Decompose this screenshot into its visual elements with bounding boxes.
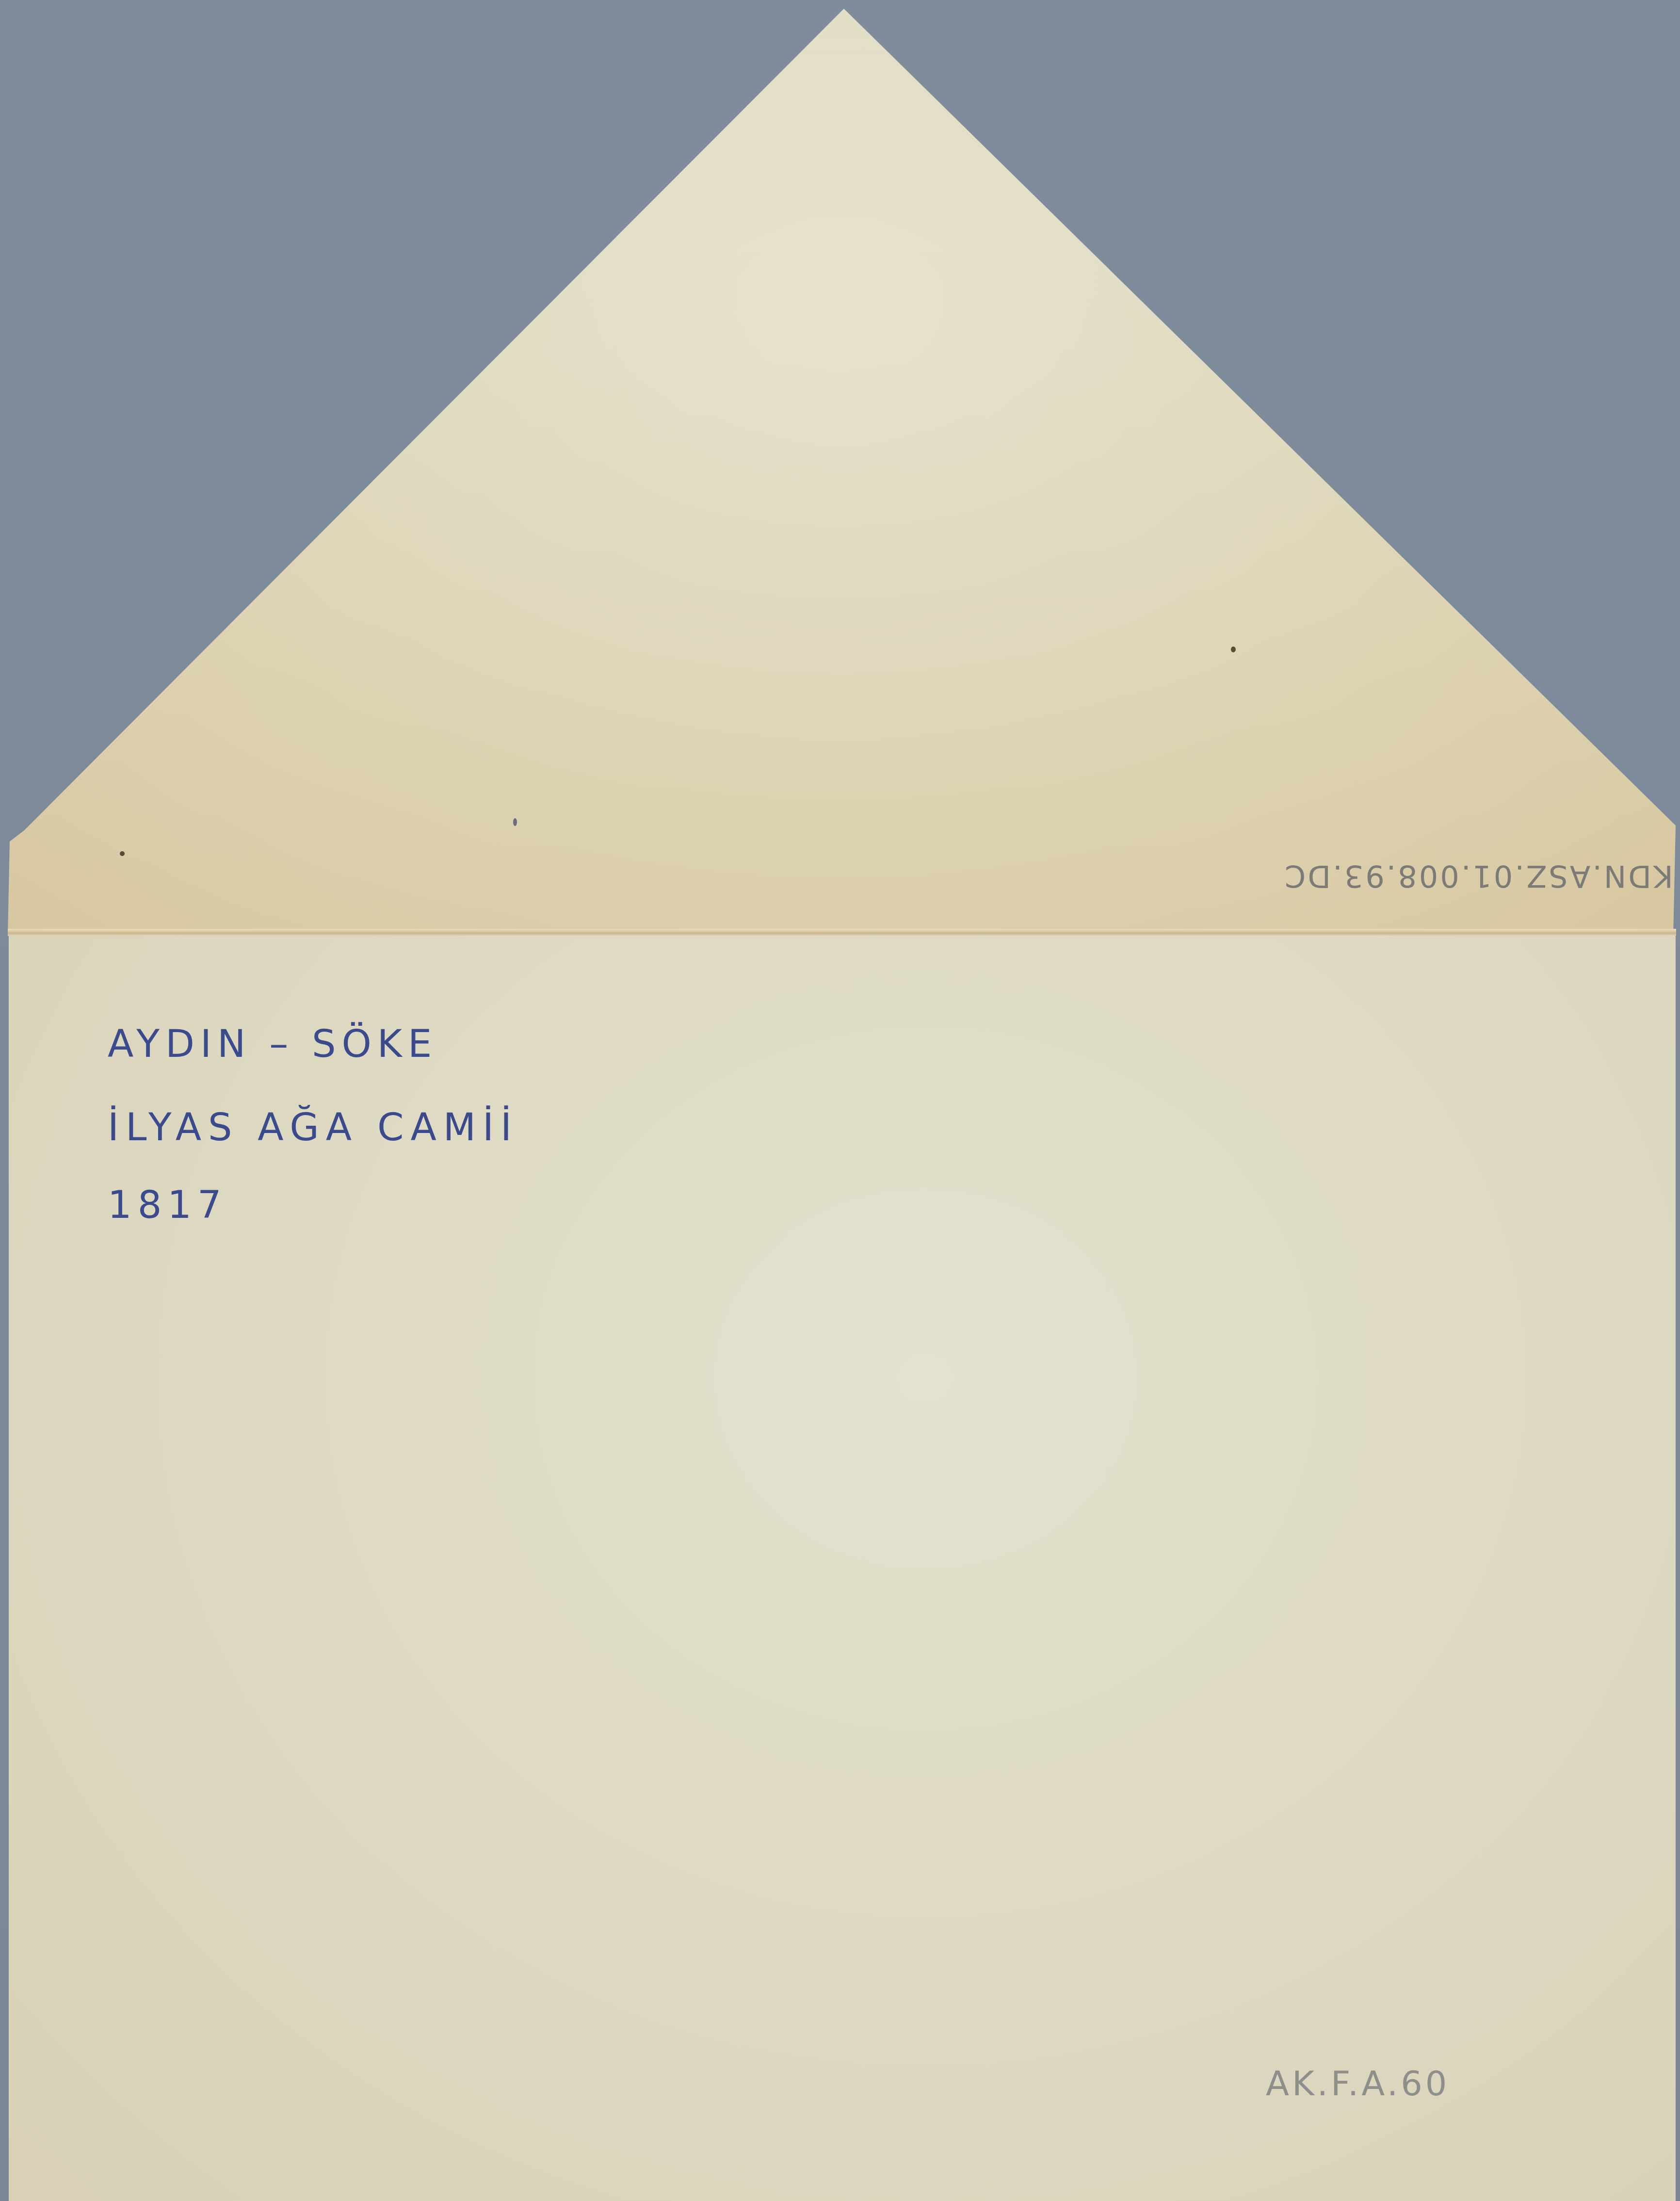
fold-crease [8,929,1676,936]
paper-speck [1231,647,1236,652]
catalog-number: AK.F.A.60 [1266,2064,1450,2104]
inscription-mosque-name: İLYAS AĞA CAMİİ [108,1106,518,1149]
inscription-location: AYDIN – SÖKE [108,1022,437,1066]
paper-speck [513,818,517,826]
paper-speck [120,851,125,856]
inscription-year: 1817 [108,1183,227,1227]
archive-code: KDN.ASZ.01.008.93.DC [1283,858,1673,894]
